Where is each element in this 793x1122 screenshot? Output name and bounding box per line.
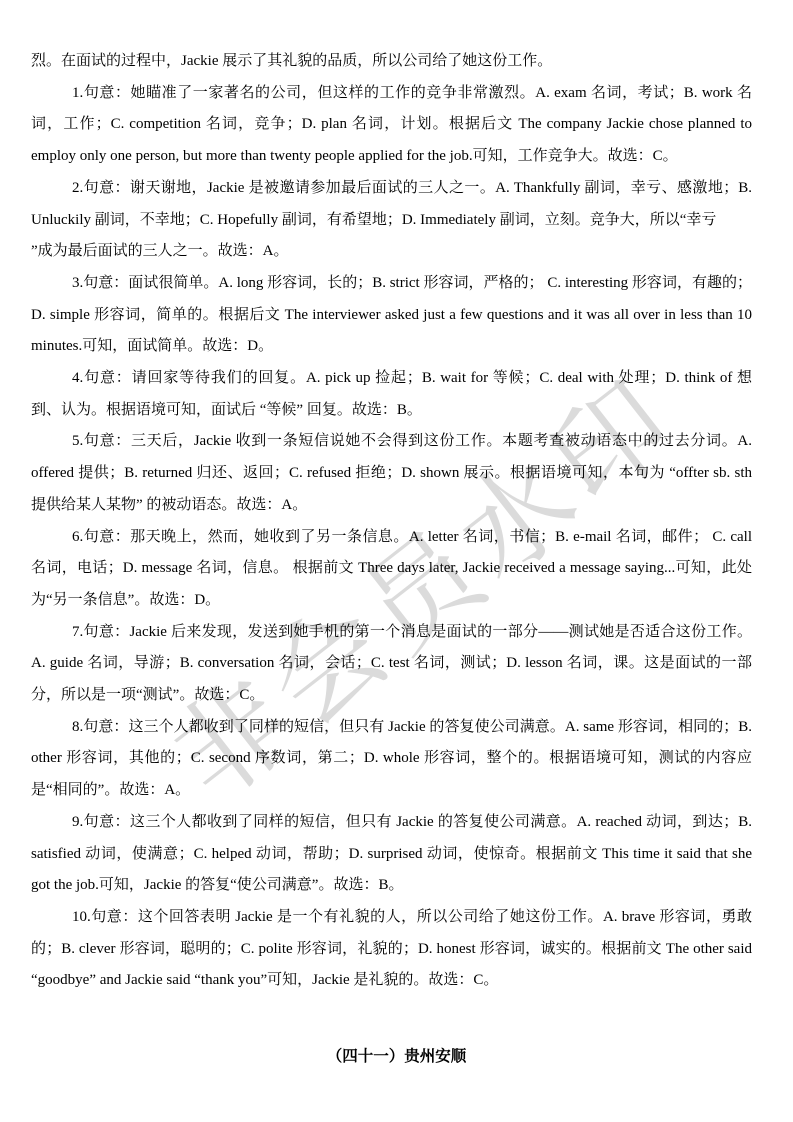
- explanation-item-2: 2.句意：谢天谢地，Jackie 是被邀请参加最后面试的三人之一。A. Than…: [31, 173, 752, 268]
- document-body: 烈。在面试的过程中，Jackie 展示了其礼貌的品质，所以公司给了她这份工作。 …: [31, 46, 752, 997]
- document-page: 非会员水印 烈。在面试的过程中，Jackie 展示了其礼貌的品质，所以公司给了她…: [0, 0, 793, 1122]
- paragraph-continuation: 烈。在面试的过程中，Jackie 展示了其礼貌的品质，所以公司给了她这份工作。: [31, 46, 752, 78]
- explanation-item-4: 4.句意：请回家等待我们的回复。A. pick up 捡起；B. wait fo…: [31, 363, 752, 426]
- explanation-item-6: 6.句意：那天晚上，然而，她收到了另一条信息。A. letter 名词，书信；B…: [31, 522, 752, 617]
- explanation-item-5: 5.句意：三天后，Jackie 收到一条短信说她不会得到这份工作。本题考查被动语…: [31, 426, 752, 521]
- explanation-item-3: 3.句意：面试很简单。A. long 形容词，长的；B. strict 形容词，…: [31, 268, 752, 363]
- explanation-item-1: 1.句意：她瞄准了一家著名的公司，但这样的工作的竞争非常激烈。A. exam 名…: [31, 78, 752, 173]
- explanation-item-9: 9.句意：这三个人都收到了同样的短信，但只有 Jackie 的答复使公司满意。A…: [31, 807, 752, 902]
- explanation-item-8: 8.句意：这三个人都收到了同样的短信，但只有 Jackie 的答复使公司满意。A…: [31, 712, 752, 807]
- explanation-item-10: 10.句意：这个回答表明 Jackie 是一个有礼貌的人，所以公司给了她这份工作…: [31, 902, 752, 997]
- next-section-heading: （四十一）贵州安顺: [0, 1041, 793, 1073]
- explanation-item-7: 7.句意：Jackie 后来发现，发送到她手机的第一个消息是面试的一部分——测试…: [31, 617, 752, 712]
